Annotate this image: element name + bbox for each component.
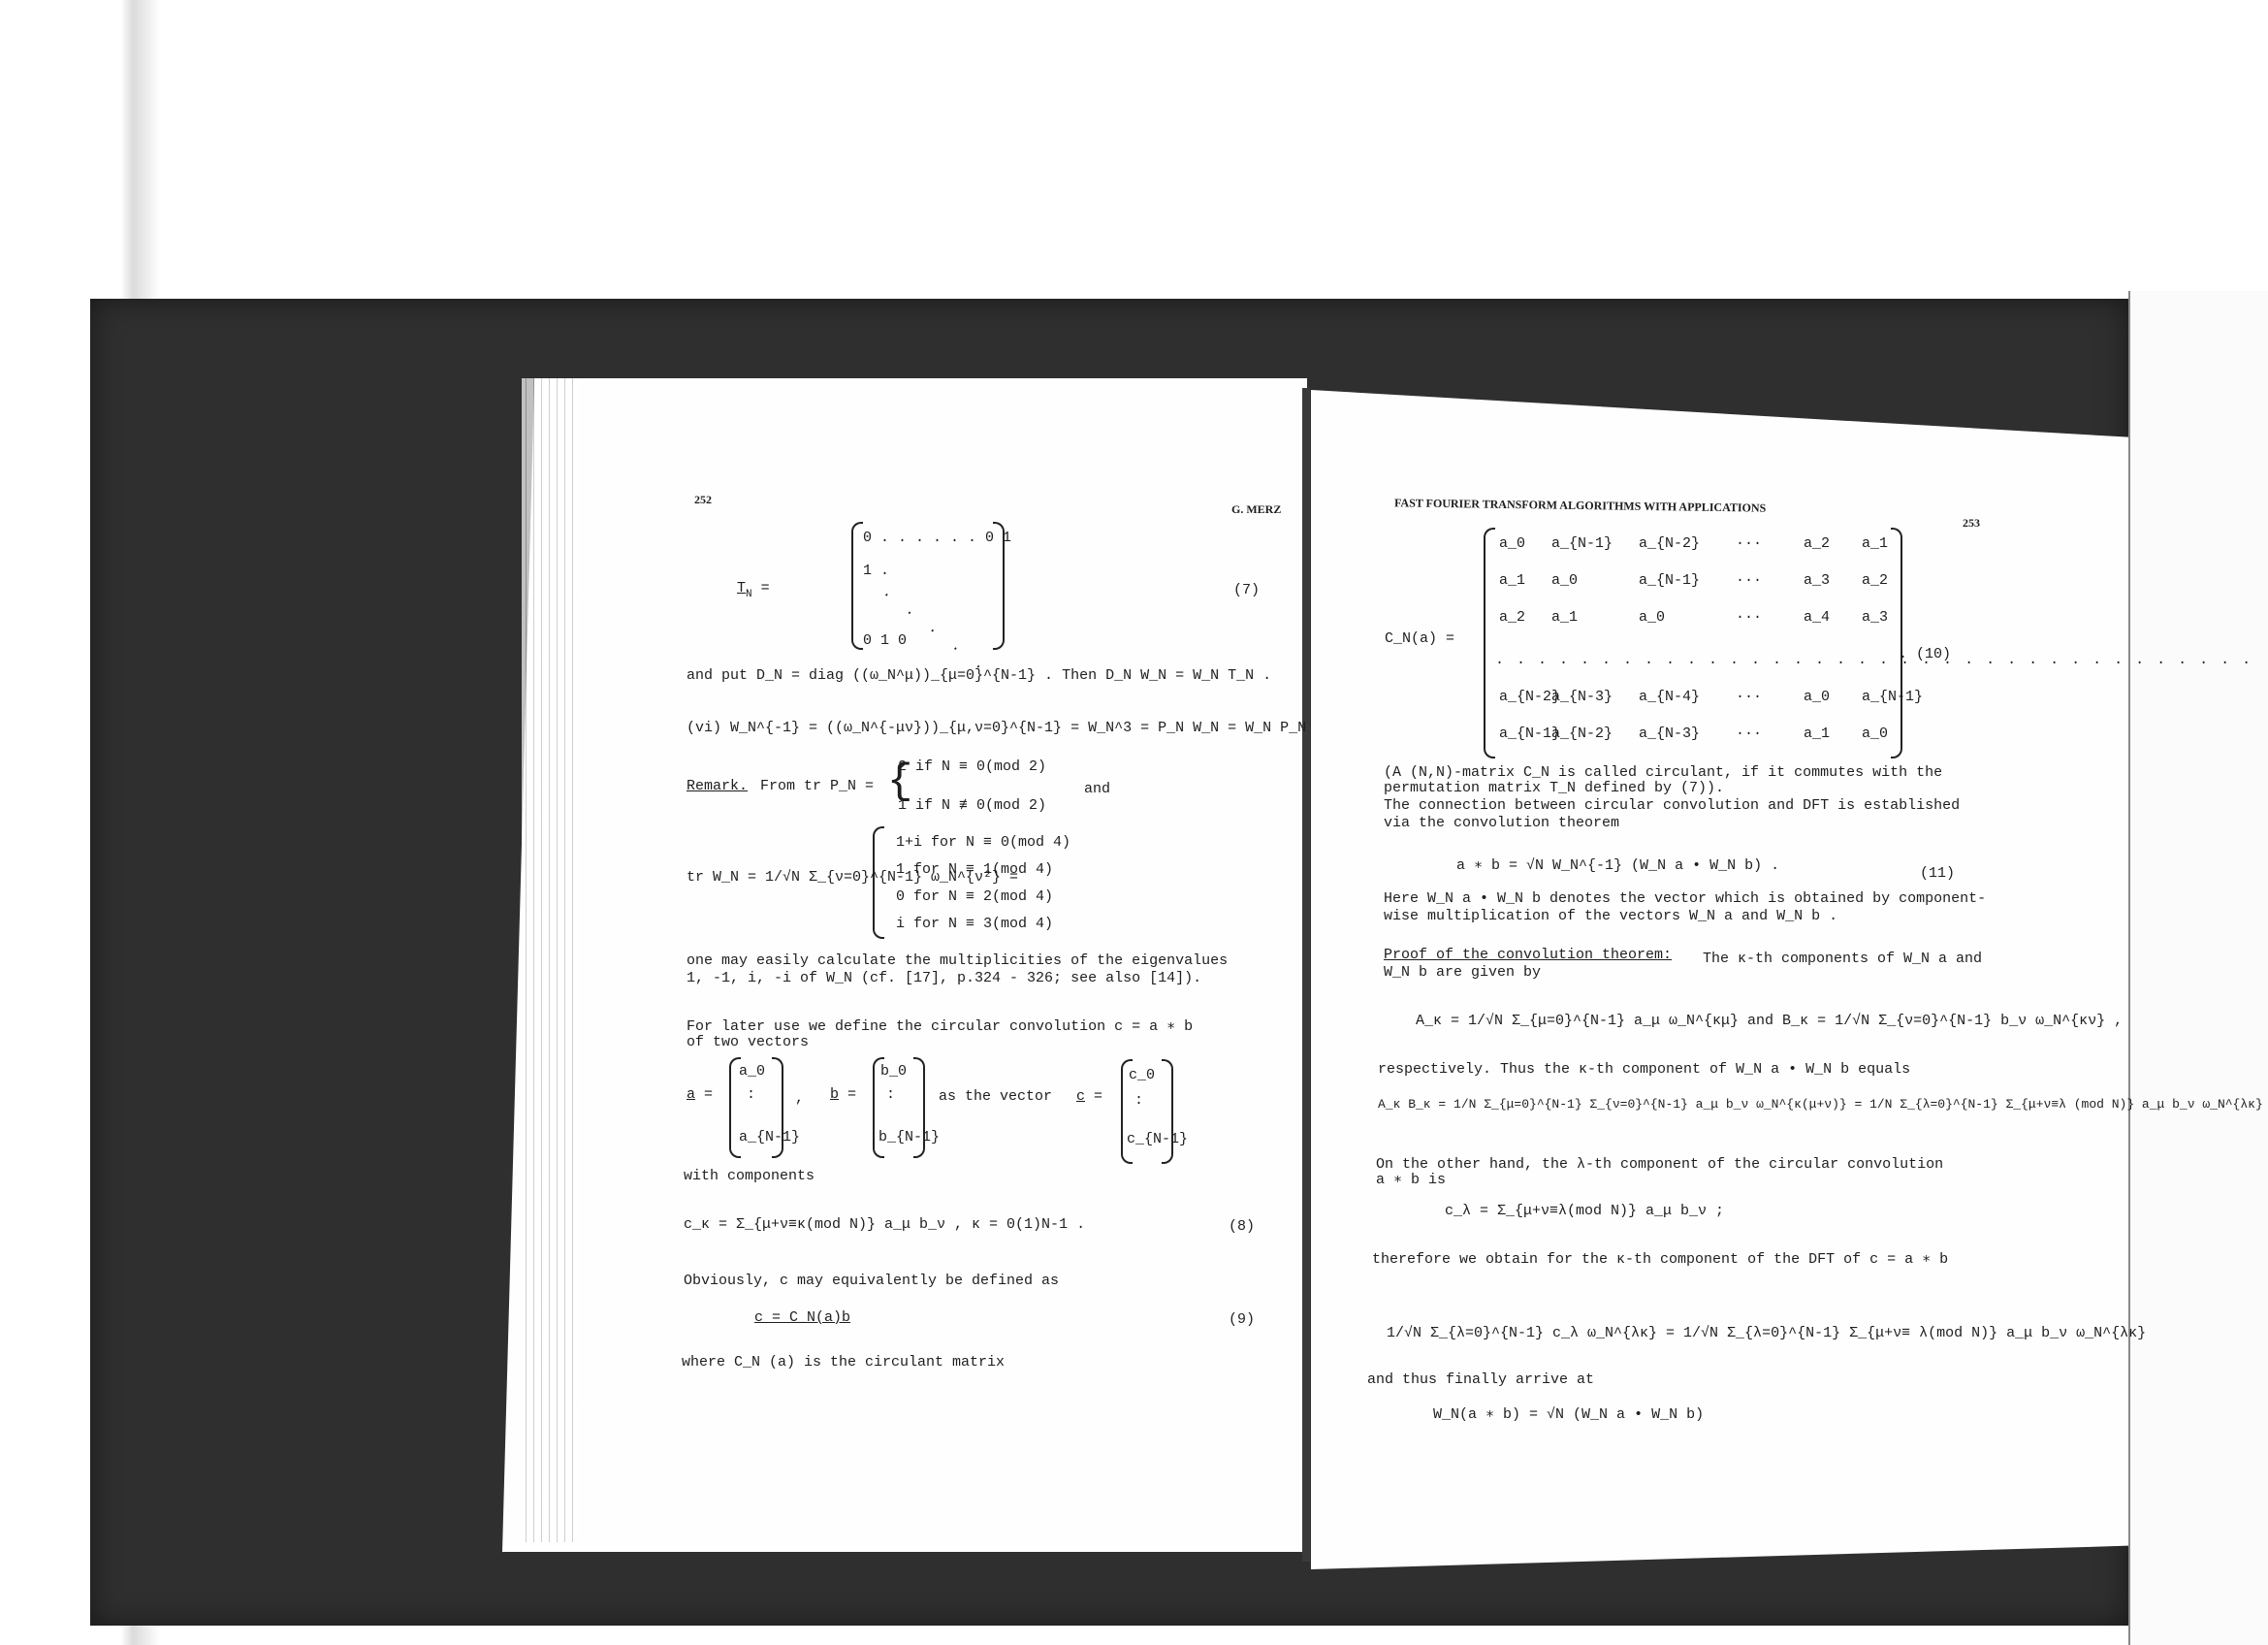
matrix-cell: a_4	[1804, 609, 1830, 627]
line-dn: and put D_N = diag ((ω_N^μ))_{μ=0}^{N-1}…	[687, 667, 1271, 685]
matrix-cell: a_0	[1804, 689, 1830, 706]
equation-c-lambda: c_λ = Σ_{μ+ν≡λ(mod N)} a_μ b_ν ;	[1445, 1203, 1724, 1220]
vector-a-last: a_{N-1}	[739, 1129, 800, 1146]
vector-a-first: a_0	[739, 1063, 765, 1081]
book-gutter	[1302, 388, 1310, 1562]
eq7-number: (7)	[1233, 582, 1260, 599]
matrix-cell: a_0	[1499, 535, 1525, 553]
matrix-cell: ···	[1736, 572, 1762, 590]
matrix-cell: a_{N-2}	[1551, 726, 1613, 743]
trace-case-2: 1 for N ≡ 1(mod 4)	[896, 861, 1053, 879]
para-here-2: wise multiplication of the vectors W_N a…	[1384, 908, 1837, 925]
matrix-cell: a_0	[1639, 609, 1665, 627]
respectively-line: respectively. Thus the κ-th component of…	[1378, 1061, 1910, 1079]
matrix-cell: a_{N-3}	[1639, 726, 1700, 743]
matrix-cell: a_2	[1804, 535, 1830, 553]
obviously-line: Obviously, c may equivalently be defined…	[684, 1273, 1059, 1290]
matrix-cell: a_{N-4}	[1639, 689, 1700, 706]
matrix-cell: a_2	[1862, 572, 1888, 590]
proof-label: Proof of the convolution theorem:	[1384, 947, 1672, 964]
therefore-line: therefore we obtain for the κ-th compone…	[1372, 1251, 1948, 1269]
matrix-cell: a_0	[1862, 726, 1888, 743]
eq7-row-2: 1 .	[863, 563, 889, 580]
matrix-cell: a_3	[1804, 572, 1830, 590]
page-number-left: 252	[694, 491, 712, 508]
page-number-right: 253	[1963, 514, 1980, 532]
other-hand-1: On the other hand, the λ-th component of…	[1376, 1156, 1943, 1174]
matrix-cell: a_2	[1499, 609, 1525, 627]
remark-text: From tr P_N =	[760, 778, 874, 795]
eq8-number: (8)	[1229, 1218, 1255, 1236]
remark-and: and	[1084, 781, 1110, 798]
equation-11: a ∗ b = √N W_N^{-1} (W_N a • W_N b) .	[1456, 857, 1779, 875]
eq11-number: (11)	[1920, 865, 1955, 883]
trace-case-4: i for N ≡ 3(mod 4)	[896, 916, 1053, 933]
matrix-cell: a_{N-1}	[1639, 572, 1700, 590]
para-eigen-2: 1, -1, i, -i of W_N (cf. [17], p.324 - 3…	[687, 970, 1201, 987]
para-circulant-2: permutation matrix T_N defined by (7)).	[1384, 780, 1724, 797]
matrix-bracket-left	[851, 522, 863, 650]
matrix-cell: a_1	[1804, 726, 1830, 743]
eq9-number: (9)	[1229, 1311, 1255, 1329]
cases-brace	[873, 826, 884, 939]
matrix-cell: a_3	[1862, 609, 1888, 627]
running-head-left: G. MERZ	[1231, 500, 1281, 518]
equation-final: W_N(a ∗ b) = √N (W_N a • W_N b)	[1433, 1406, 1704, 1424]
equation-AB: A_κ = 1/√N Σ_{μ=0}^{N-1} a_μ ω_N^{κμ} an…	[1416, 1013, 2123, 1030]
scan-margin-strip	[2128, 291, 2268, 1645]
vector-connector: as the vector	[939, 1088, 1052, 1106]
eq7-row-1: 0 . . . . . . 0 1	[863, 530, 1011, 547]
para-circulant-4: via the convolution theorem	[1384, 815, 1619, 832]
equation-8: c_κ = Σ_{μ+ν≡κ(mod N)} a_μ b_ν , κ = 0(1…	[684, 1216, 1085, 1234]
equation-product: A_κ B_κ = 1/N Σ_{μ=0}^{N-1} Σ_{ν=0}^{N-1…	[1378, 1096, 2268, 1113]
proof-text-2: W_N b are given by	[1384, 964, 1541, 982]
eq7-row-3: 0 1 0	[863, 632, 907, 650]
matrix-cell: a_0	[1551, 572, 1578, 590]
matrix-cell: ···	[1736, 609, 1762, 627]
with-components: with components	[684, 1168, 815, 1185]
matrix-cell: ···	[1736, 535, 1762, 553]
matrix-cell: a_{N-1}	[1551, 535, 1613, 553]
para-circulant-3: The connection between circular convolut…	[1384, 797, 1960, 815]
matrix-cell: a_{N-1}	[1862, 689, 1923, 706]
equation-dft: 1/√N Σ_{λ=0}^{N-1} c_λ ω_N^{λκ} = 1/√N Σ…	[1387, 1325, 2146, 1342]
finally-line: and thus finally arrive at	[1367, 1371, 1594, 1389]
matrix-cell: a_1	[1862, 535, 1888, 553]
vector-b-last: b_{N-1}	[878, 1129, 940, 1146]
where-line: where C_N (a) is the circulant matrix	[682, 1354, 1005, 1371]
equation-9: c = C_N(a)b	[754, 1309, 850, 1327]
vector-b-first: b_0	[880, 1063, 907, 1081]
trace-case-3: 0 for N ≡ 2(mod 4)	[896, 888, 1053, 906]
vector-c-last: c_{N-1}	[1127, 1131, 1188, 1148]
proof-text: The κ-th components of W_N a and	[1703, 951, 1982, 968]
matrix-cell: a_{N-2}	[1639, 535, 1700, 553]
page-stack-edges	[522, 378, 580, 1542]
remark-label: Remark.	[687, 778, 748, 795]
eq10-lhs: C_N(a) =	[1385, 630, 1454, 648]
other-hand-2: a ∗ b is	[1376, 1172, 1446, 1189]
matrix-cell: a_{N-3}	[1551, 689, 1613, 706]
matrix-cell: ···	[1736, 726, 1762, 743]
eq7-lhs: TN =	[737, 580, 770, 603]
para-here-1: Here W_N a • W_N b denotes the vector wh…	[1384, 890, 1986, 908]
para-conv-2: of two vectors	[687, 1034, 809, 1051]
vector-c-first: c_0	[1129, 1067, 1155, 1084]
eq10-number: . (10)	[1899, 646, 1951, 663]
remark-case-2: 1 if N ≢ 0(mod 2)	[898, 797, 1046, 815]
para-eigen-1: one may easily calculate the multiplicit…	[687, 952, 1228, 970]
line-vi: (vi) W_N^{-1} = ((ω_N^{-μν}))_{μ,ν=0}^{N…	[687, 720, 1324, 737]
matrix-cell: a_1	[1499, 572, 1525, 590]
matrix-cell: ···	[1736, 689, 1762, 706]
remark-case-1: 2 if N ≡ 0(mod 2)	[898, 758, 1046, 776]
trace-case-1: 1+i for N ≡ 0(mod 4)	[896, 834, 1070, 852]
matrix-cell: a_1	[1551, 609, 1578, 627]
